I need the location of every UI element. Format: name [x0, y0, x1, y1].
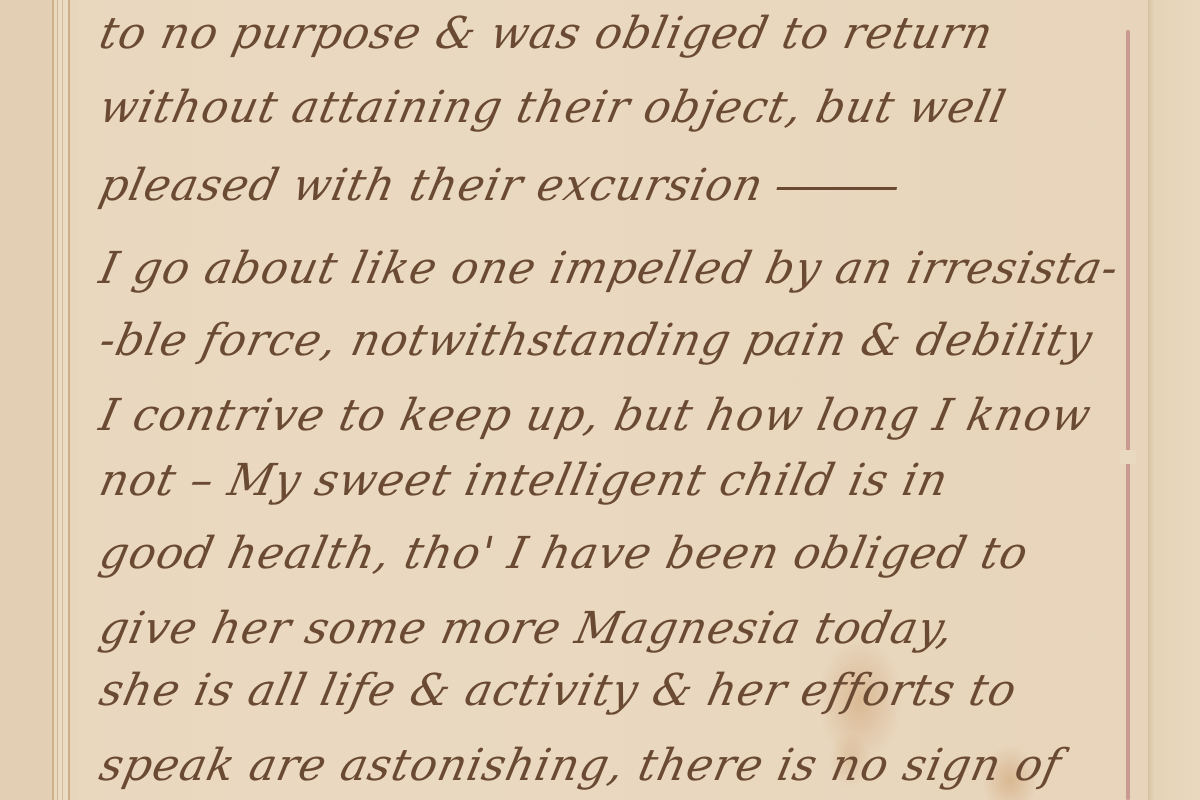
text-line: pleased with their excursion [95, 160, 902, 211]
right-page-fold [1148, 0, 1200, 800]
text-line: good health, tho' I have been obliged to [95, 528, 1033, 579]
text-line: speak are astonishing, there is no sign … [95, 740, 1066, 791]
text-line: she is all life & activity & her efforts… [95, 665, 1022, 716]
text-line: not – My sweet intelligent child is in [95, 455, 953, 506]
text-line: I contrive to keep up, but how long I kn… [95, 390, 1096, 441]
manuscript-page: to no purpose & was obliged to return wi… [0, 0, 1200, 800]
text-line-content: pleased with their excursion [95, 160, 768, 211]
text-line: I go about like one impelled by an irres… [95, 243, 1124, 294]
page-edge-lines [52, 0, 78, 800]
left-page-gutter [0, 0, 52, 800]
red-margin-rule [1126, 30, 1130, 800]
text-line: give her some more Magnesia today, [95, 603, 959, 654]
text-line: to no purpose & was obliged to return [95, 8, 998, 59]
text-line: without attaining their object, but well [95, 82, 1011, 133]
dash-rule [776, 187, 897, 190]
margin-rule-tear [1120, 450, 1136, 464]
text-line: -ble force, notwithstanding pain & debil… [95, 315, 1097, 366]
